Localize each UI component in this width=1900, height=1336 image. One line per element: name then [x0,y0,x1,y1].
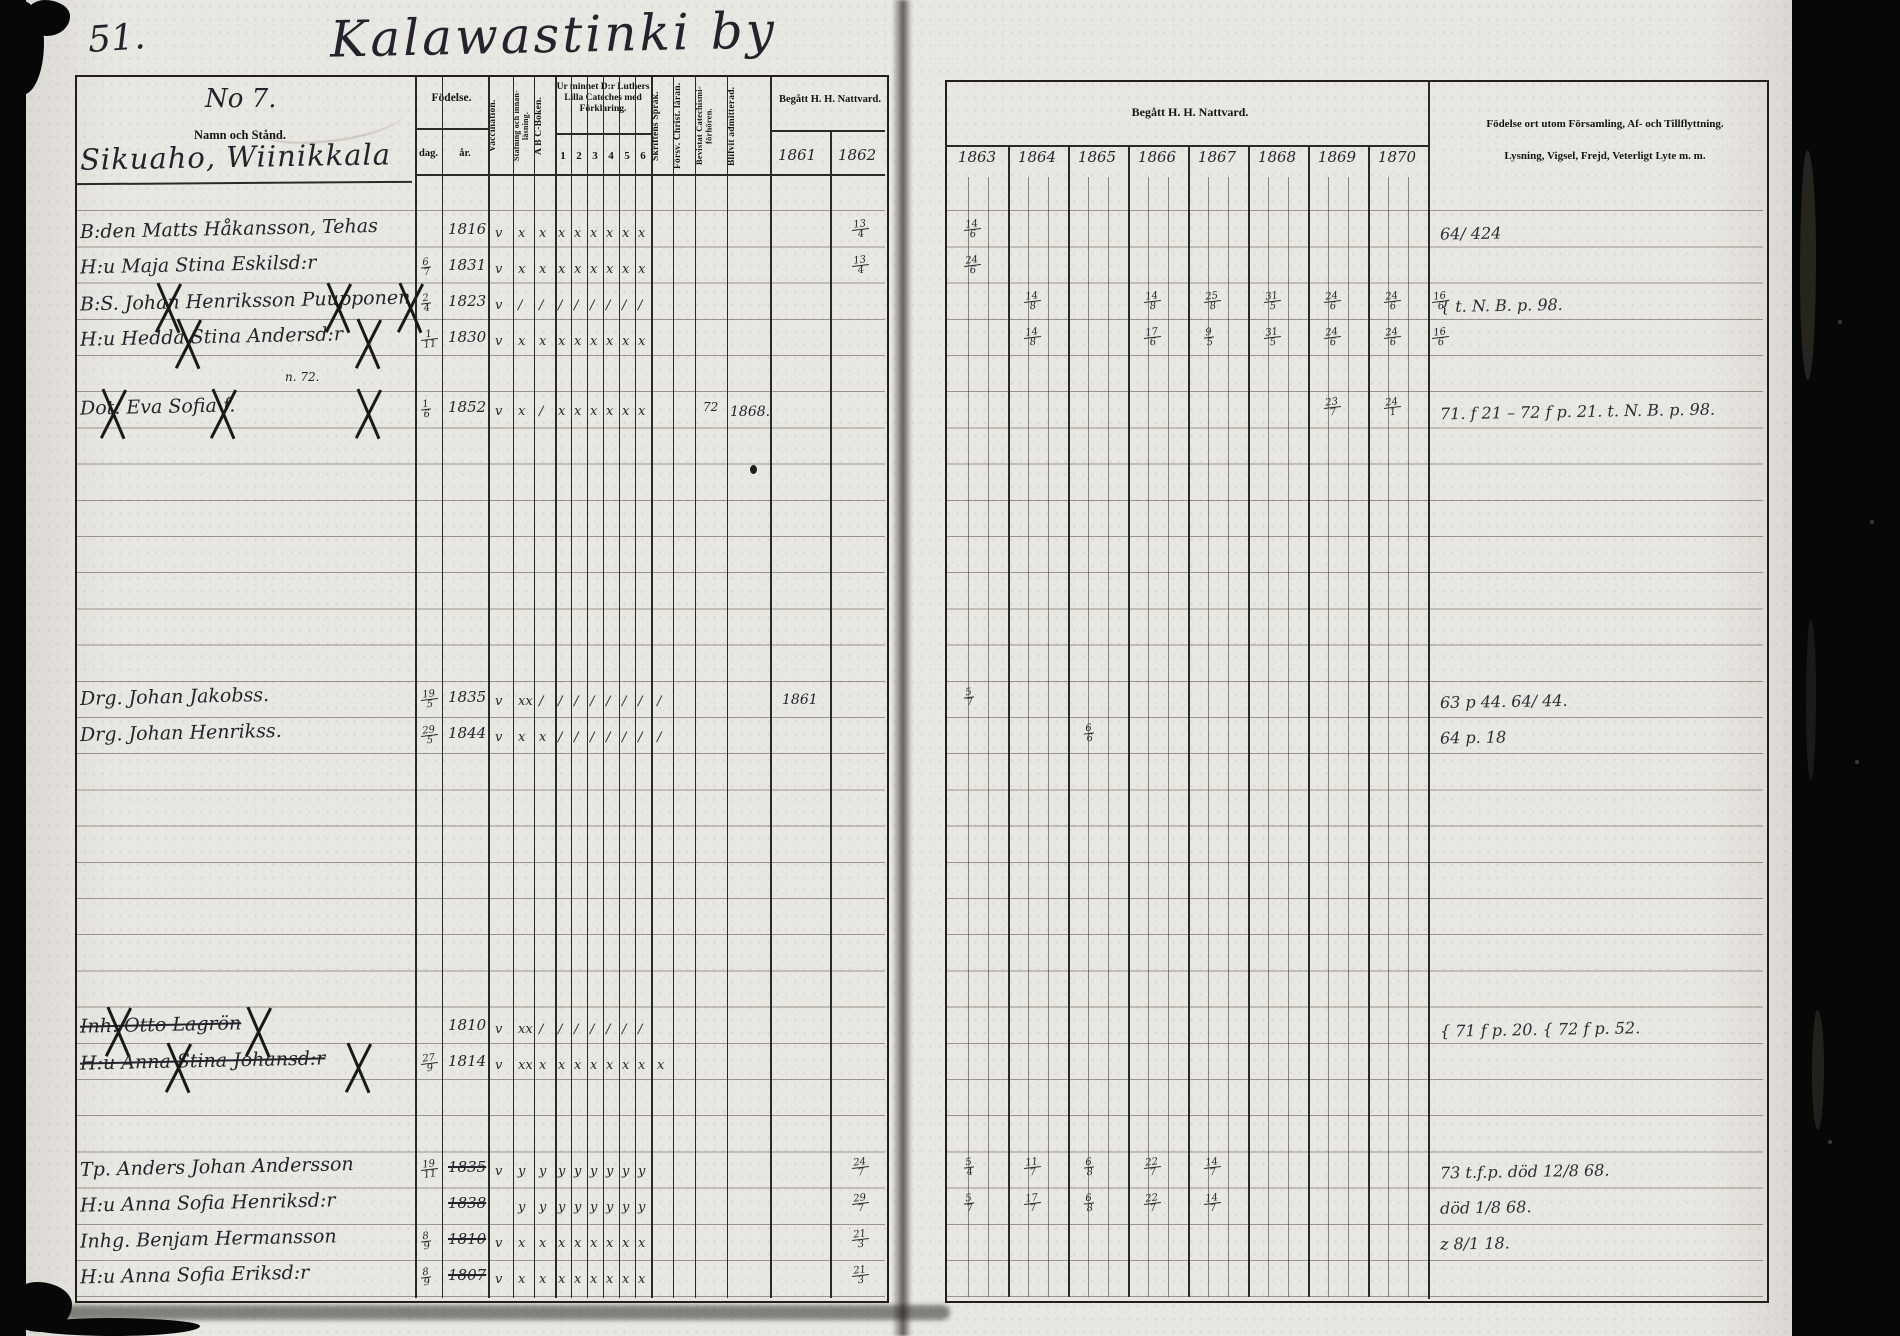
left-column-line [727,77,728,1298]
grid-mark: x [638,404,645,419]
communion-mark-1863: 57 [963,687,976,707]
grid-mark: / [518,298,522,313]
grid-mark: y [539,1200,546,1215]
grid-mark: / [622,298,626,313]
right-year-boundary [1248,147,1250,1297]
catechism-col-number: 2 [573,150,585,163]
grid-mark: x [558,226,565,241]
header-birth-day: dag. [415,148,442,160]
grid-mark: / [638,1022,642,1037]
right-year-boundary [1128,147,1130,1297]
grid-mark: x [622,226,629,241]
scan-black-edge-left [2,540,16,625]
communion-mark-1866: 227 [1143,1193,1162,1214]
page-number: 51. [87,16,147,61]
grid-mark: / [590,1022,594,1037]
grid-mark: v [495,262,502,277]
grid-mark: xx [518,694,533,709]
header-line [770,130,885,132]
grid-mark: / [622,730,626,745]
grid-mark: v [495,694,502,709]
grid-mark: x [638,1272,645,1287]
right-year-label: 1869 [1308,148,1366,166]
catechism-col-number: 6 [637,150,649,163]
cross-out-mark [392,284,428,332]
grid-mark: y [558,1200,565,1215]
grid-mark: x [539,1236,546,1251]
header-notes-line2: Lysning, Vigsel, Frejd, Veterligt Lyte m… [1460,150,1750,163]
grid-mark: x [590,226,597,241]
grid-mark: x [518,1236,525,1251]
grid-mark: x [558,334,565,349]
header-line [415,128,488,130]
communion-mark-1863: 54 [963,1157,976,1177]
grid-mark: x [574,1058,581,1073]
grid-mark: x [622,334,629,349]
header-birth-year: år. [442,148,488,160]
cross-out-mark [160,1044,196,1092]
scan-dust [1855,760,1859,764]
grid-mark: x [638,262,645,277]
grid-mark: / [657,694,661,709]
left-column-line [695,77,696,1298]
right-inner-line [1168,177,1169,1297]
communion-year-label: 1861 [778,146,816,164]
left-column-line [830,130,832,1298]
communion-1862-value: 213 [851,1265,870,1286]
communion-1862-value: 297 [851,1193,870,1214]
header-abc-book: A B C-Boken. [534,80,555,172]
communion-1861-value: 1861 [782,692,818,708]
communion-mark-1867: 95 [1203,327,1216,347]
header-line [555,133,651,135]
margin-note: 73 t.f.p. död 12/8 68. [1440,1161,1610,1183]
grid-mark: x [539,1272,546,1287]
record-number: No 7. [205,84,276,114]
birth-year-value: 1810 [448,1230,486,1248]
grid-mark: y [539,1164,546,1179]
right-year-boundary [1308,147,1310,1297]
grid-mark: x [622,1058,629,1073]
page-fold-shadow [892,0,912,1336]
right-year-label: 1868 [1248,148,1306,166]
grid-mark: y [606,1200,613,1215]
grid-mark: x [590,1236,597,1251]
header-line [415,174,885,176]
birth-day-value: 89 [420,1231,433,1251]
communion-mark-1869: 246 [1323,291,1342,312]
grid-mark: y [638,1200,645,1215]
grid-mark: x [518,404,525,419]
header-communion-group-left: Begått H. H. Nattvard. [770,94,890,106]
grid-mark: x [606,262,613,277]
grid-mark: x [622,1272,629,1287]
entry-annotation: n. 72. [285,370,319,384]
grid-mark: / [638,694,642,709]
grid-mark: x [518,262,525,277]
header-script-language: Skriftens Språk. [651,80,673,172]
grid-mark: / [539,694,543,709]
right-inner-line [1408,177,1409,1297]
birth-year-value: 1823 [448,292,486,310]
right-year-label: 1863 [948,148,1006,166]
scan-dust [1870,520,1874,524]
birth-day-value: 16 [420,399,433,419]
right-year-boundary [1008,147,1010,1297]
birth-day-value: 295 [420,725,439,746]
grid-mark: v [495,226,502,241]
grid-mark: x [590,1058,597,1073]
communion-mark-1863: 57 [963,1193,976,1213]
grid-mark: / [574,298,578,313]
scan-dust [1828,1140,1832,1144]
right-inner-line [1228,177,1229,1297]
birth-year-value: 1814 [448,1052,486,1070]
grid-mark: / [638,730,642,745]
communion-mark-1863: 146 [963,219,982,240]
grid-mark: x [622,262,629,277]
grid-mark: x [606,1058,613,1073]
right-inner-line [1108,177,1109,1297]
birth-day-value: 279 [420,1053,439,1074]
grid-mark: y [574,1200,581,1215]
grid-mark: v [495,1022,502,1037]
grid-mark: v [495,334,502,349]
catechism-col-number: 5 [621,150,633,163]
grid-mark: y [590,1164,597,1179]
birth-day-value: 67 [420,257,433,277]
birth-year-value: 1810 [448,1016,486,1034]
birth-day-value: 1911 [420,1159,439,1180]
scan-dust [1838,320,1842,324]
scan-black-edge-left [0,890,20,1000]
catechism-col-number: 1 [557,150,569,163]
communion-mark-1864: 148 [1023,291,1042,312]
margin-note: 63 p 44. 64/ 44. [1440,691,1568,712]
grid-mark: x [518,226,525,241]
communion-mark-1870: 246 [1383,327,1402,348]
grid-mark: x [638,226,645,241]
grid-mark: / [558,694,562,709]
margin-note: { t. N. B. p. 98. [1440,295,1563,316]
header-vaccination: Vaccination. [488,80,513,172]
cross-out-mark [205,390,241,438]
birth-year-value: 1844 [448,724,486,742]
birth-year-value: 1838 [448,1194,486,1212]
grid-mark: x [539,334,546,349]
grid-mark: x [518,730,525,745]
grid-mark: x [574,1272,581,1287]
left-column-line [603,77,604,1298]
header-birth-group: Födelse. [415,92,488,105]
communion-1862-value: 247 [851,1157,870,1178]
communion-mark-1868: 315 [1263,327,1282,348]
birth-year-value: 1835 [448,1158,486,1176]
grid-mark: x [518,334,525,349]
right-year-label: 1867 [1188,148,1246,166]
margin-mark: 166 [1431,327,1450,348]
grid-mark: x [558,262,565,277]
grid-mark: x [590,404,597,419]
communion-mark-1866: 176 [1143,327,1162,348]
birth-day-value: 195 [420,689,439,710]
grid-mark: y [606,1164,613,1179]
grid-mark: x [539,730,546,745]
birth-year-value: 1816 [448,220,486,238]
right-inner-line [968,177,969,1297]
communion-mark-1870: 241 [1383,397,1402,418]
communion-mark-1864: 148 [1023,327,1042,348]
birth-year-value: 1852 [448,398,486,416]
grid-mark: / [539,1022,543,1037]
grid-mark: / [606,730,610,745]
birth-year-value: 1831 [448,256,486,274]
cross-out-mark [95,390,131,438]
right-inner-line [1048,177,1049,1297]
grid-mark: x [622,404,629,419]
grid-mark: v [495,404,502,419]
cross-out-mark [350,320,386,368]
grid-mark: / [539,404,543,419]
right-year-boundary [1188,147,1190,1297]
grid-mark: y [518,1164,525,1179]
grid-mark: / [539,298,543,313]
grid-mark: x [590,334,597,349]
cross-out-mark [100,1008,136,1056]
grid-mark: y [622,1200,629,1215]
scan-black-edge-left [0,1195,18,1290]
birth-year-value: 1830 [448,328,486,346]
grid-mark: y [518,1200,525,1215]
communion-mark-1866: 227 [1143,1157,1162,1178]
attended-exams-value: 72 [703,400,718,414]
right-notes-boundary [1428,80,1430,1299]
margin-note: 64 p. 18 [1440,727,1507,747]
grid-mark: x [574,1236,581,1251]
grid-mark: x [638,334,645,349]
communion-mark-1867: 147 [1203,1157,1222,1178]
grid-mark: x [539,262,546,277]
cross-out-mark [340,1044,376,1092]
page-title: Kalawastinki by [329,1,777,70]
grid-mark: / [574,730,578,745]
grid-mark: y [590,1200,597,1215]
grid-mark: x [606,334,613,349]
grid-mark: / [590,694,594,709]
right-inner-line [1288,177,1289,1297]
cross-out-mark [350,390,386,438]
left-column-line [442,77,443,1298]
grid-mark: / [590,298,594,313]
right-header-line [945,145,1428,147]
scan-black-edge-left [0,120,18,190]
entry-name: Drg. Johan Jakobss. [80,684,269,710]
grid-mark: x [657,1058,664,1073]
grid-mark: / [622,1022,626,1037]
left-column-line [555,77,557,1298]
catechism-col-number: 4 [605,150,617,163]
birth-day-value: 89 [420,1267,433,1287]
communion-mark-1868: 315 [1263,291,1282,312]
grid-mark: / [574,1022,578,1037]
scan-smudge [55,1305,950,1320]
grid-mark: x [574,226,581,241]
margin-note: z 8/1 18. [1440,1233,1510,1253]
grid-mark: x [638,1058,645,1073]
grid-mark: x [590,1272,597,1287]
left-column-line [770,77,772,1298]
birth-year-value: 1807 [448,1266,486,1284]
grid-mark: x [606,1236,613,1251]
grid-mark: y [574,1164,581,1179]
grid-mark: / [606,694,610,709]
grid-mark: / [622,694,626,709]
left-column-line [415,77,417,1298]
scanned-parish-register: 51. Kalawastinki by No 7. Namn och Stånd… [0,0,1900,1336]
communion-mark-1863: 246 [963,255,982,276]
grid-mark: x [574,334,581,349]
margin-note: { 71 f p. 20. { 72 f p. 52. [1440,1018,1641,1040]
left-column-line [587,77,588,1298]
grid-mark: / [558,1022,562,1037]
right-inner-line [988,177,989,1297]
margin-note: död 1/8 68. [1440,1197,1532,1218]
grid-mark: x [558,404,565,419]
grid-mark: v [495,1058,502,1073]
grid-mark: x [539,226,546,241]
communion-mark-1870: 246 [1383,291,1402,312]
communion-mark-1866: 148 [1143,291,1162,312]
grid-mark: / [558,730,562,745]
grid-mark: x [590,262,597,277]
margin-note: 64/ 424 [1440,223,1502,243]
grid-mark: x [606,404,613,419]
grid-mark: x [558,1058,565,1073]
right-year-label: 1864 [1008,148,1066,166]
grid-mark: y [622,1164,629,1179]
communion-year-label: 1862 [838,146,876,164]
section-heading: Sikuaho, Wiinikkala [80,137,392,176]
grid-mark: / [638,298,642,313]
grid-mark: / [558,298,562,313]
grid-mark: x [622,1236,629,1251]
communion-mark-1864: 177 [1023,1193,1042,1214]
left-column-line [619,77,620,1298]
grid-mark: x [606,1272,613,1287]
right-year-label: 1866 [1128,148,1186,166]
grid-mark: xx [518,1022,533,1037]
grid-mark: x [518,1272,525,1287]
grid-mark: v [495,1236,502,1251]
birth-day-value: 111 [420,329,439,350]
communion-1862-value: 134 [851,219,870,240]
grid-mark: x [558,1272,565,1287]
grid-mark: / [657,730,661,745]
grid-mark: x [574,262,581,277]
header-notes-line1: Födelse ort utom Församling, Af- och Til… [1460,118,1750,131]
left-column-line [488,77,490,1298]
communion-mark-1869: 237 [1323,397,1342,418]
communion-mark-1867: 147 [1203,1193,1222,1214]
right-year-boundary [1368,147,1370,1297]
communion-1862-value: 213 [851,1229,870,1250]
header-christian-doctrine: Försv. Christ. läran. [673,80,695,172]
grid-mark: x [574,404,581,419]
grid-mark: / [606,1022,610,1037]
left-column-line [571,77,572,1298]
right-year-label: 1865 [1068,148,1126,166]
grid-mark: v [495,1272,502,1287]
grid-mark: x [539,1058,546,1073]
grid-mark: v [495,1164,502,1179]
grid-mark: x [638,1236,645,1251]
left-column-line [651,77,653,1298]
grid-mark: / [606,298,610,313]
grid-mark: / [590,730,594,745]
left-column-line [513,77,514,1298]
left-column-line [534,77,535,1298]
right-year-label: 1870 [1368,148,1426,166]
header-spelling-reading: Stafning och innan-läsning. [513,80,534,172]
communion-mark-1865: 68 [1083,1157,1096,1177]
right-inner-line [1348,177,1349,1297]
grid-mark: x [558,1236,565,1251]
grid-mark: / [574,694,578,709]
header-attended-exams: Bevistat Catechismi-förhören. [695,80,727,172]
grid-mark: x [606,226,613,241]
communion-mark-1865: 68 [1083,1193,1096,1213]
communion-mark-1865: 66 [1083,723,1096,743]
left-column-line [673,77,674,1298]
grid-mark: y [638,1164,645,1179]
grid-mark: v [495,298,502,313]
grid-mark: v [495,730,502,745]
communion-1862-value: 134 [851,255,870,276]
right-year-boundary [1068,147,1070,1297]
header-communion-group-right: Begått H. H. Nattvard. [1000,106,1380,120]
catechism-col-number: 3 [589,150,601,163]
cross-out-mark [170,320,206,368]
communion-mark-1864: 117 [1023,1157,1042,1178]
birth-year-value: 1835 [448,688,486,706]
entry-name: Drg. Johan Henrikss. [80,720,282,746]
communion-mark-1867: 258 [1203,291,1222,312]
admitted-value: 1868. [730,404,770,420]
grid-mark: xx [518,1058,533,1073]
grid-mark: y [558,1164,565,1179]
communion-mark-1869: 246 [1323,327,1342,348]
left-column-line [635,77,636,1298]
header-admitted: Blifvit admitterad. [727,80,770,172]
